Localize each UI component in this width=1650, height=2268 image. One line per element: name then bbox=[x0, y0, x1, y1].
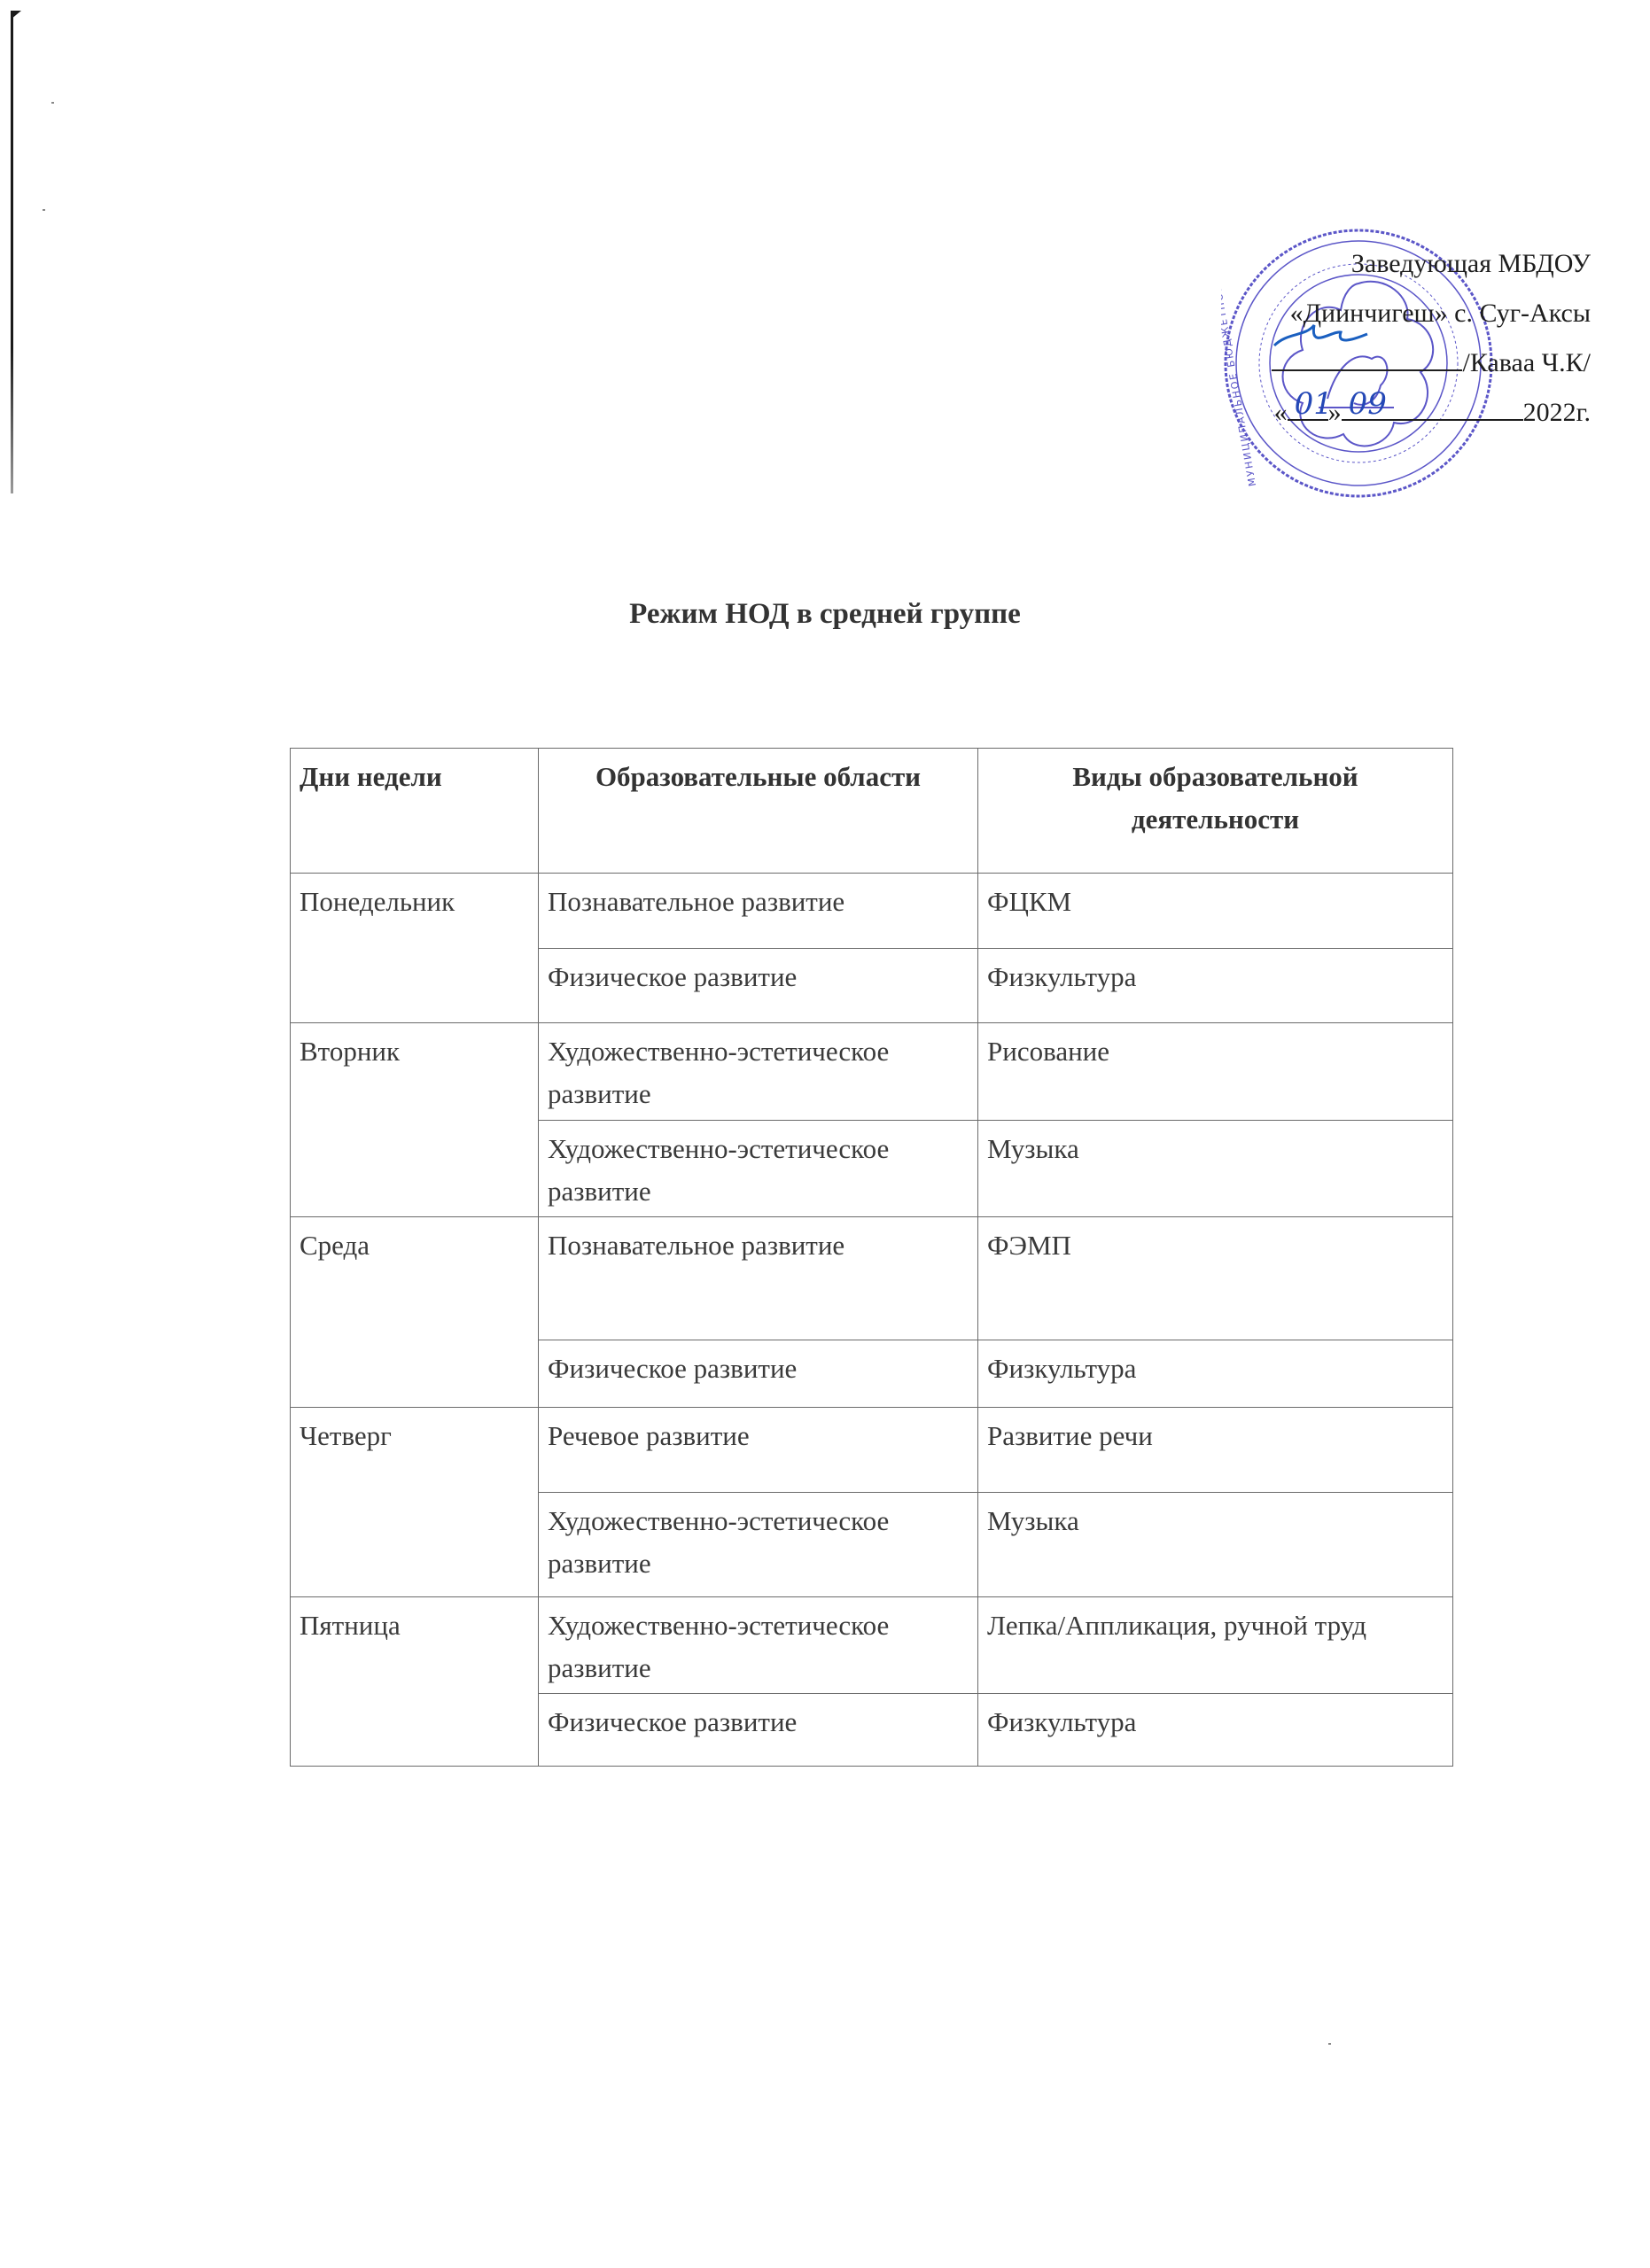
date-year: 2022г. bbox=[1523, 398, 1591, 427]
activity-cell: ФЦКМ bbox=[978, 874, 1453, 949]
day-cell: Пятница bbox=[291, 1597, 539, 1767]
approval-signatory: /Каваа Ч.К/ bbox=[1462, 348, 1591, 377]
date-day: 01 bbox=[1295, 389, 1333, 419]
area-cell: Физическое развитие bbox=[539, 949, 978, 1023]
table-header-row: Дни недели Образовательные области Виды … bbox=[291, 749, 1453, 874]
day-cell: Среда bbox=[291, 1217, 539, 1408]
activity-cell: Физкультура bbox=[978, 1694, 1453, 1767]
date-month-field: 09 bbox=[1342, 392, 1523, 421]
scan-edge-artifact bbox=[11, 11, 13, 493]
table-row: Понедельник Познавательное развитие ФЦКМ bbox=[291, 874, 1453, 949]
area-cell: Художественно-эстетическое развитие bbox=[539, 1597, 978, 1694]
activity-cell: Музыка bbox=[978, 1493, 1453, 1597]
header-days: Дни недели bbox=[291, 749, 539, 874]
activity-cell: ФЭМП bbox=[978, 1217, 1453, 1340]
approval-date-line: «01»092022г. bbox=[1272, 388, 1591, 438]
schedule-table: Дни недели Образовательные области Виды … bbox=[290, 748, 1453, 1767]
table-row: Вторник Художественно-эстетическое разви… bbox=[291, 1023, 1453, 1121]
table-row: Среда Познавательное развитие ФЭМП bbox=[291, 1217, 1453, 1340]
activity-cell: Физкультура bbox=[978, 1340, 1453, 1408]
activity-cell: Рисование bbox=[978, 1023, 1453, 1121]
activity-cell: Развитие речи bbox=[978, 1408, 1453, 1493]
activity-cell: Лепка/Аппликация, ручной труд bbox=[978, 1597, 1453, 1694]
activity-cell: Физкультура bbox=[978, 949, 1453, 1023]
document-title: Режим НОД в средней группе bbox=[0, 598, 1650, 631]
header-activities: Виды образовательной деятельности bbox=[978, 749, 1453, 874]
area-cell: Познавательное развитие bbox=[539, 874, 978, 949]
scan-speck bbox=[51, 102, 54, 104]
approval-institution: «Диинчигеш» с. Суг-Аксы bbox=[1272, 289, 1591, 338]
header-areas: Образовательные области bbox=[539, 749, 978, 874]
approval-block: Заведующая МБДОУ «Диинчигеш» с. Суг-Аксы… bbox=[1272, 239, 1591, 438]
approval-signature-line: /Каваа Ч.К/ bbox=[1272, 338, 1591, 388]
scan-speck bbox=[1328, 2043, 1331, 2045]
date-day-field: 01 bbox=[1288, 392, 1328, 421]
area-cell: Физическое развитие bbox=[539, 1694, 978, 1767]
day-cell: Понедельник bbox=[291, 874, 539, 1023]
area-cell: Физическое развитие bbox=[539, 1340, 978, 1408]
date-month: 09 bbox=[1349, 389, 1387, 419]
area-cell: Познавательное развитие bbox=[539, 1217, 978, 1340]
approval-position: Заведующая МБДОУ bbox=[1272, 239, 1591, 289]
signature-field bbox=[1272, 343, 1462, 371]
activity-cell: Музыка bbox=[978, 1121, 1453, 1217]
scan-speck bbox=[43, 209, 45, 211]
area-cell: Речевое развитие bbox=[539, 1408, 978, 1493]
day-cell: Четверг bbox=[291, 1408, 539, 1597]
table-row: Четверг Речевое развитие Развитие речи bbox=[291, 1408, 1453, 1493]
area-cell: Художественно-эстетическое развитие bbox=[539, 1493, 978, 1597]
table-row: Пятница Художественно-эстетическое разви… bbox=[291, 1597, 1453, 1694]
area-cell: Художественно-эстетическое развитие bbox=[539, 1023, 978, 1121]
day-cell: Вторник bbox=[291, 1023, 539, 1217]
date-open-quote: « bbox=[1274, 398, 1288, 427]
area-cell: Художественно-эстетическое развитие bbox=[539, 1121, 978, 1217]
